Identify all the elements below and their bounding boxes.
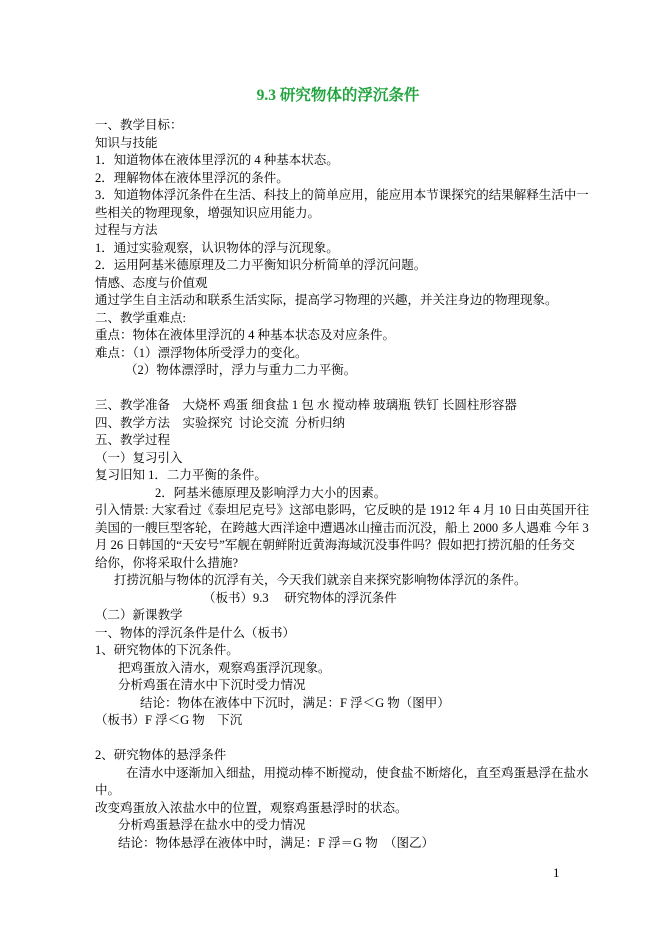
text-line: （一）复习引入: [95, 450, 581, 468]
text-line: 中。: [95, 782, 581, 800]
text-line: 2．运用阿基米德原理及二力平衡知识分析简单的浮沉问题。: [95, 257, 581, 275]
text-line: 分析鸡蛋悬浮在盐水中的受力情况: [95, 817, 581, 835]
text-line: 一、物体的浮沉条件是什么（板书）: [95, 625, 581, 643]
text-line: （板书）9.3 研究物体的浮沉条件: [95, 590, 581, 608]
text-line: 2．阿基米德原理及影响浮力大小的因素。: [95, 485, 581, 503]
text-line: 四、教学方法 实验探究 讨论交流 分析归纳: [95, 415, 581, 433]
text-line: [95, 380, 581, 398]
text-line: 月 26 日韩国的“天安号”军舰在朝鲜附近黄海海域沉没事件吗？假如把打捞沉船的任…: [95, 537, 581, 555]
text-line: 结论：物体悬浮在液体中时，满足：F 浮＝G 物 （图乙）: [95, 835, 581, 853]
text-line: 五、教学过程: [95, 432, 581, 450]
text-line: 通过学生自主活动和联系生活实际，提高学习物理的兴趣，并关注身边的物理现象。: [95, 292, 581, 310]
text-line: 三、教学准备 大烧杯 鸡蛋 细食盐 1 包 水 搅动棒 玻璃瓶 铁钉 长圆柱形容…: [95, 397, 581, 415]
text-line: 过程与方法: [95, 222, 581, 240]
text-line: 1．知道物体在液体里浮沉的 4 种基本状态。: [95, 152, 581, 170]
text-line: 重点：物体在液体里浮沉的 4 种基本状态及对应条件。: [95, 327, 581, 345]
text-line: 1、研究物体的下沉条件。: [95, 642, 581, 660]
text-line: 结论：物体在液体中下沉时，满足：F 浮＜G 物（图甲）: [95, 695, 581, 713]
text-line: 1．通过实验观察，认识物体的浮与沉现象。: [95, 240, 581, 258]
document-page: 9.3 研究物体的浮沉条件 一、教学目标：知识与技能1．知道物体在液体里浮沉的 …: [0, 0, 661, 935]
text-line: 引入情景: 大家看过《泰坦尼克号》这部电影吗，它反映的是 1912 年 4 月 …: [95, 502, 581, 520]
text-line: 3．知道物体浮沉条件在生活、科技上的简单应用，能应用本节课探究的结果解释生活中一: [95, 187, 581, 205]
text-line: （二）新课教学: [95, 607, 581, 625]
text-line: 复习旧知 1．二力平衡的条件。: [95, 467, 581, 485]
text-line: （2）物体漂浮时，浮力与重力二力平衡。: [95, 362, 581, 380]
text-line: 情感、态度与价值观: [95, 275, 581, 293]
text-line: 2、研究物体的悬浮条件: [95, 747, 581, 765]
text-line: [95, 730, 581, 748]
text-line: 些相关的物理现象，增强知识应用能力。: [95, 205, 581, 223]
page-number: 1: [553, 865, 560, 881]
document-content: 9.3 研究物体的浮沉条件 一、教学目标：知识与技能1．知道物体在液体里浮沉的 …: [95, 86, 581, 852]
text-line: 难点：（1）漂浮物体所受浮力的变化。: [95, 345, 581, 363]
document-lines: 一、教学目标：知识与技能1．知道物体在液体里浮沉的 4 种基本状态。2．理解物体…: [95, 117, 581, 852]
text-line: 知识与技能: [95, 135, 581, 153]
text-line: 在清水中逐渐加入细盐，用搅动棒不断搅动，使食盐不断熔化，直至鸡蛋悬浮在盐水: [95, 765, 581, 783]
text-line: 分析鸡蛋在清水中下沉时受力情况: [95, 677, 581, 695]
text-line: 美国的一艘巨型客轮，在跨越大西洋途中遭遇冰山撞击而沉没，船上 2000 多人遇难…: [95, 520, 581, 538]
document-title: 9.3 研究物体的浮沉条件: [95, 86, 581, 105]
text-line: 改变鸡蛋放入浓盐水中的位置，观察鸡蛋悬浮时的状态。: [95, 800, 581, 818]
text-line: 2．理解物体在液体里浮沉的条件。: [95, 170, 581, 188]
text-line: 一、教学目标：: [95, 117, 581, 135]
text-line: 二、教学重难点:: [95, 310, 581, 328]
text-line: 给你，你将采取什么措施?: [95, 555, 581, 573]
text-line: 把鸡蛋放入清水，观察鸡蛋浮沉现象。: [95, 660, 581, 678]
text-line: （板书）F 浮＜G 物 下沉: [95, 712, 581, 730]
text-line: 打捞沉船与物体的沉浮有关，今天我们就亲自来探究影响物体浮沉的条件。: [95, 572, 581, 590]
